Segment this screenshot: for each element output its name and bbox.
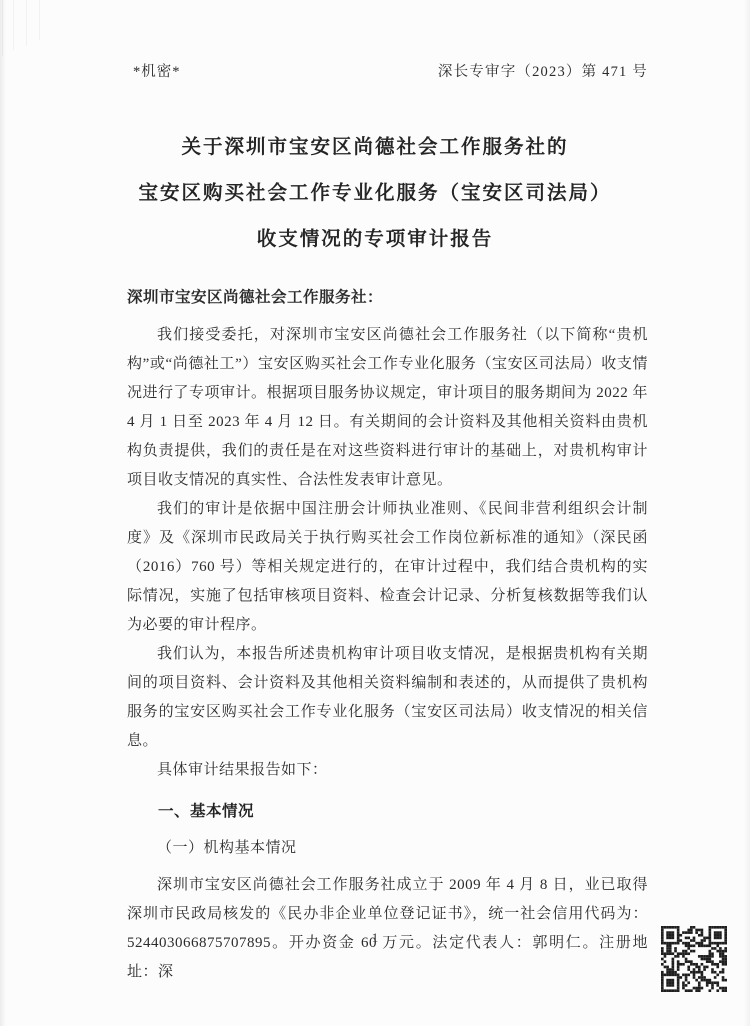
paragraph-lead-in: 具体审计结果报告如下： <box>127 756 648 785</box>
scan-artifact-line <box>13 0 14 50</box>
paragraph-audit-basis: 我们的审计是依据中国注册会计师执业准则、《民间非营利组织会计制度》及《深圳市民政… <box>127 495 648 640</box>
section-heading-basic-info: 一、基本情况 <box>127 797 648 826</box>
qr-code-icon <box>661 926 727 992</box>
salutation: 深圳市宝安区尚德社会工作服务社： <box>127 283 648 312</box>
page-number: 1 <box>0 930 750 946</box>
subsection-heading-org-info: （一）机构基本情况 <box>127 834 648 863</box>
document-title: 关于深圳市宝安区尚德社会工作服务社的 宝安区购买社会工作专业化服务（宝安区司法局… <box>0 124 750 262</box>
document-meta-row: *机密* 深长专审字（2023）第 471 号 <box>133 62 648 82</box>
paragraph-opinion: 我们认为，本报告所述贵机构审计项目收支情况，是根据贵机构有关期间的项目资料、会计… <box>127 640 648 756</box>
scan-artifact-line <box>2 0 3 56</box>
scan-artifact-line <box>39 0 40 40</box>
title-line-1: 关于深圳市宝安区尚德社会工作服务社的 <box>0 124 750 170</box>
classification-label: *机密* <box>133 62 181 82</box>
paragraph-engagement: 我们接受委托，对深圳市宝安区尚德社会工作服务社（以下简称“贵机构”或“尚德社工”… <box>127 321 648 495</box>
title-line-2: 宝安区购买社会工作专业化服务（宝安区司法局） <box>0 170 750 216</box>
scan-artifact-line <box>26 0 27 46</box>
paragraph-org-details: 深圳市宝安区尚德社会工作服务社成立于 2009 年 4 月 8 日，业已取得深圳… <box>127 871 648 987</box>
document-body: 深圳市宝安区尚德社会工作服务社： 我们接受委托，对深圳市宝安区尚德社会工作服务社… <box>127 283 648 987</box>
document-number: 深长专审字（2023）第 471 号 <box>438 62 648 82</box>
title-line-3: 收支情况的专项审计报告 <box>0 216 750 262</box>
scanned-document-page: *机密* 深长专审字（2023）第 471 号 关于深圳市宝安区尚德社会工作服务… <box>0 0 750 1026</box>
